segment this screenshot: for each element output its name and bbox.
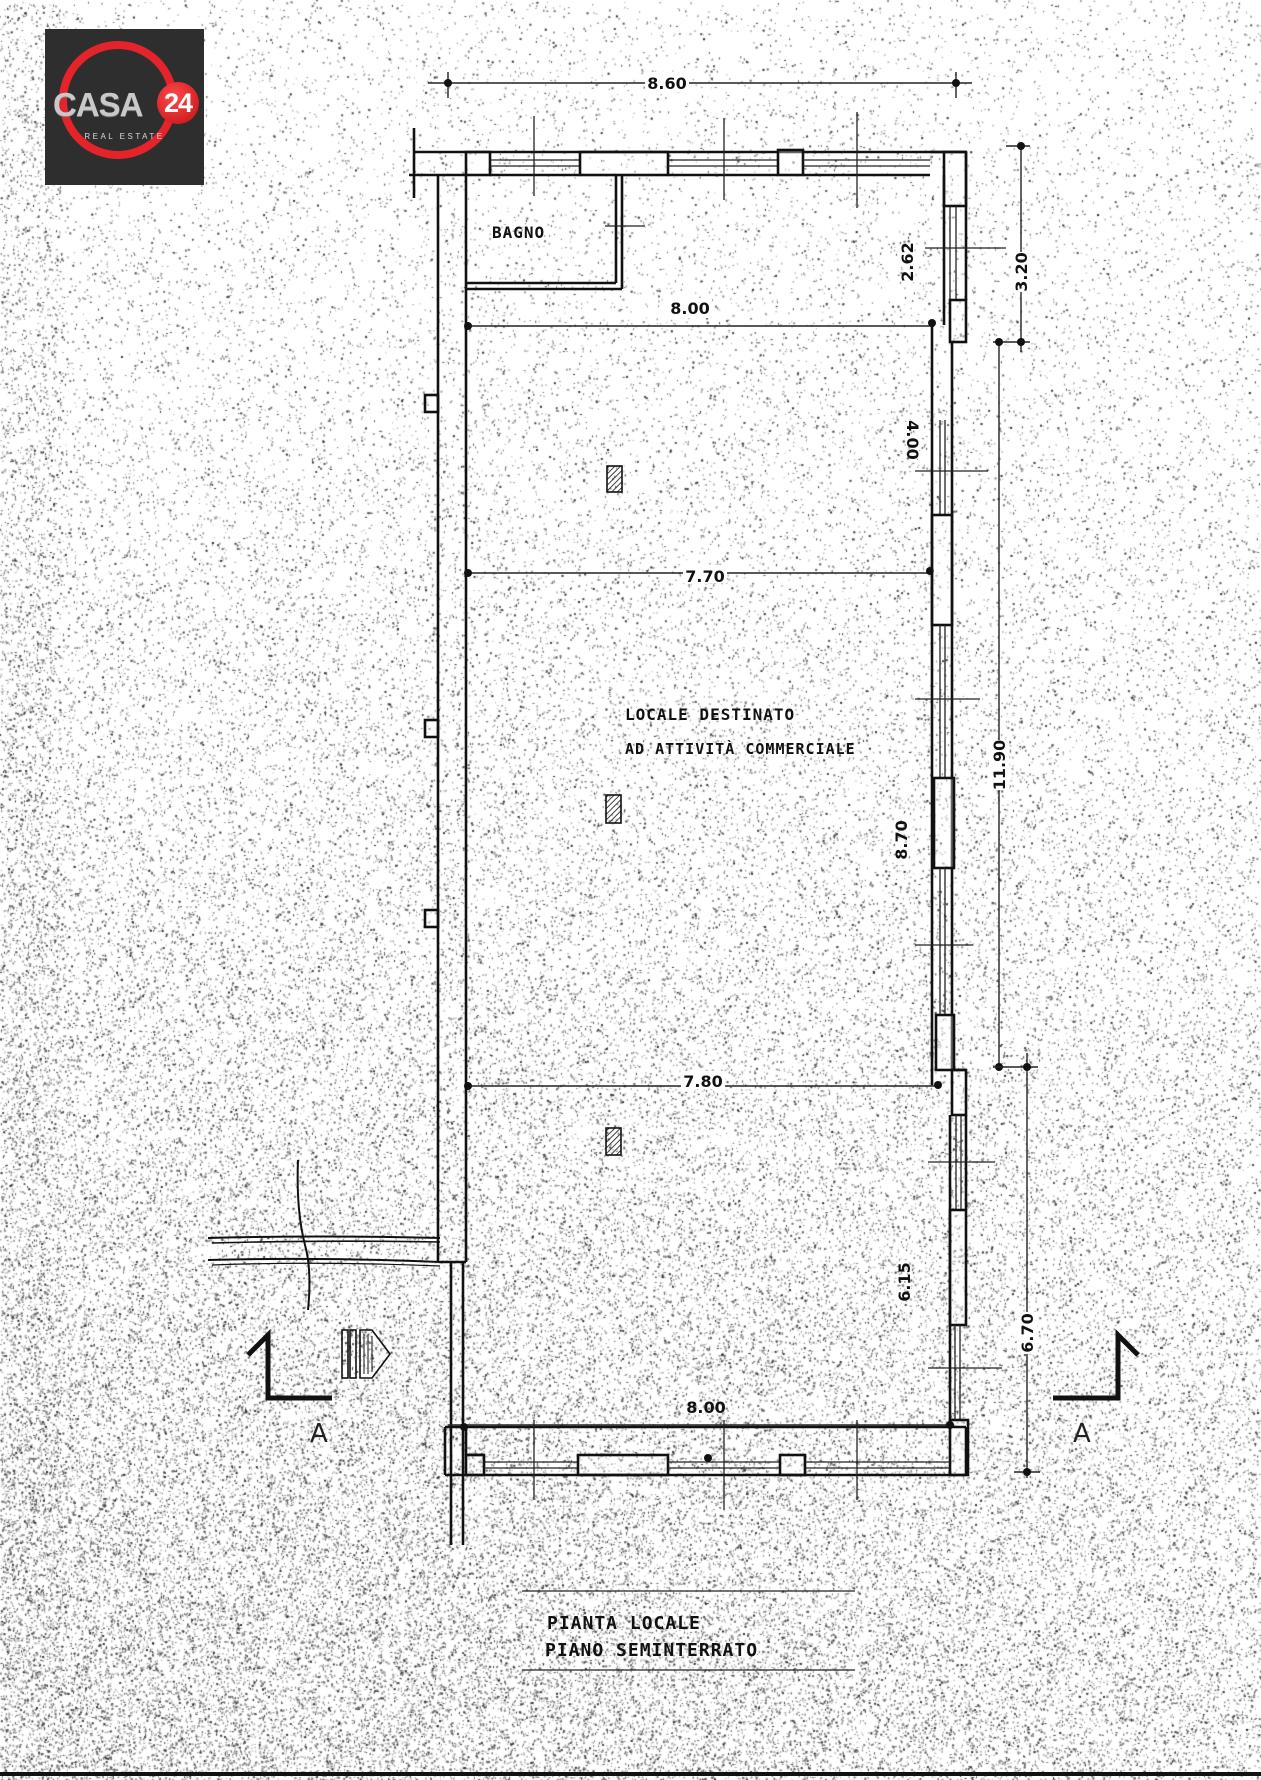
section-marker-left: A	[248, 1335, 332, 1449]
plan-title-line1: PIANTA LOCALE	[547, 1613, 701, 1634]
dimension-label: 8.00	[670, 299, 709, 318]
pillar-icon	[606, 795, 621, 823]
dimension-label: 4.00	[903, 420, 922, 459]
pillar-icon	[607, 466, 622, 492]
dimension-label: 7.70	[685, 567, 724, 586]
top-wall	[409, 112, 966, 208]
floor-plan: 8.60	[0, 0, 1261, 1780]
bathroom: BAGNO	[466, 175, 645, 289]
dimension-label: 2.62	[898, 242, 917, 281]
dimension-label: 11.90	[990, 740, 1009, 791]
dimension-label: 6.70	[1018, 1313, 1037, 1352]
section-cut-icon	[1053, 1335, 1138, 1398]
dimension-lower-width: 7.80	[464, 1071, 942, 1091]
dimension-label: 3.20	[1012, 252, 1031, 291]
dimension-bath-depth: 2.62	[898, 242, 917, 281]
dimension-chain-right: 3.20 11.90 6.70	[989, 142, 1040, 1478]
dimension-lower-bay: 6.15	[895, 1262, 914, 1301]
plan-title-block: PIANTA LOCALE PIANO SEMINTERRATO	[522, 1591, 855, 1670]
left-wall	[425, 175, 466, 1545]
dimension-label: 6.15	[895, 1262, 914, 1301]
entrance-arrow-icon	[342, 1330, 390, 1378]
bottom-wall: 8.00	[445, 1398, 966, 1510]
dimension-label: 8.60	[647, 74, 686, 93]
right-wall-upper	[925, 152, 1006, 342]
section-marker-right: A	[1053, 1335, 1138, 1449]
dimension-label: 8.70	[892, 820, 911, 859]
room-label-line2: AD ATTIVITÀ COMMERCIALE	[625, 739, 856, 758]
room-label-main: LOCALE DESTINATO AD ATTIVITÀ COMMERCIALE	[625, 705, 856, 758]
scan-edge-line	[0, 1772, 1261, 1776]
logo-tagline: REAL ESTATE	[45, 132, 204, 141]
casa24-logo: CASA 24 REAL ESTATE	[45, 29, 204, 185]
dimension-overall-width: 8.60	[428, 72, 972, 98]
dimension-label: 7.80	[683, 1072, 722, 1091]
section-cut-icon	[248, 1335, 332, 1398]
logo-brand-number: 24	[157, 82, 199, 124]
dimension-middle-width: 7.70	[464, 565, 934, 586]
dimension-upper-bay: 4.00	[903, 420, 922, 459]
right-wall-facade	[915, 325, 1002, 1475]
dimension-middle-bay: 8.70	[892, 820, 911, 859]
pillar-icon	[606, 1128, 621, 1155]
section-label: A	[1073, 1419, 1091, 1449]
logo-brand-name: CASA	[53, 86, 143, 124]
entrance	[208, 1160, 440, 1378]
dimension-upper-width: 8.00	[464, 298, 936, 330]
plan-title-line2: PIANO SEMINTERRATO	[545, 1640, 758, 1661]
section-label: A	[310, 1419, 328, 1449]
room-label-bathroom: BAGNO	[492, 223, 545, 242]
structural-pillars	[606, 466, 622, 1155]
room-label-line1: LOCALE DESTINATO	[625, 705, 795, 724]
dimension-label: 8.00	[686, 1398, 725, 1417]
